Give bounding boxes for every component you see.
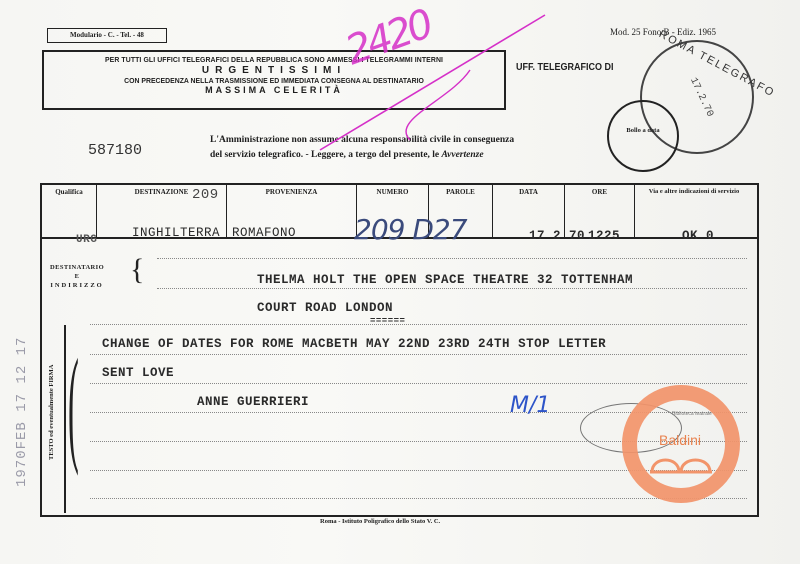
testo-label: TESTO ed eventualmente FIRMA — [48, 440, 55, 460]
dotted-line — [90, 383, 747, 384]
destinatario-label: DESTINATARIO E INDIRIZZO — [50, 263, 104, 290]
destinazione-value: INGHILTERRA — [132, 226, 220, 240]
handwritten-note: M/1 — [510, 393, 550, 418]
serial-number: 587180 — [88, 142, 142, 159]
baldini-subtitle: Biblioteca teatrale — [672, 411, 712, 417]
baldini-b-icon — [650, 452, 712, 474]
dotted-line — [90, 354, 747, 355]
dotted-line — [90, 324, 747, 325]
brace-icon: { — [130, 255, 144, 285]
date-stamp-circle: Bollo a data — [607, 100, 679, 172]
address-line-1: THELMA HOLT THE OPEN SPACE THEATRE 32 TO… — [257, 273, 633, 287]
provenienza-value: ROMAFONO — [232, 226, 296, 240]
destinazione-code: 209 — [192, 187, 219, 203]
dotted-line — [157, 258, 747, 259]
via-value: OK 0 — [682, 229, 714, 243]
side-divider — [64, 325, 66, 513]
brace-icon: ( — [68, 330, 79, 480]
data-value: 17 2 70 — [529, 229, 585, 243]
signature: ANNE GUERRIERI — [197, 395, 309, 409]
dotted-line — [90, 498, 747, 499]
ore-value: 1225 — [588, 229, 620, 243]
baldini-logo-text: Baldini — [659, 432, 701, 448]
side-date-stamp: 1970FEB 17 12 17 — [14, 337, 30, 487]
telegram-form: Modulario - C. - Tel. - 48 Mod. 25 Fono … — [0, 0, 800, 564]
dotted-line — [157, 288, 747, 289]
modulario-label: Modulario - C. - Tel. - 48 — [47, 28, 167, 43]
qualifica-value: URG — [76, 234, 97, 246]
address-line-2: COURT ROAD LONDON — [257, 301, 393, 315]
printer-footer: Roma - Istituto Poligrafico dello Stato … — [320, 518, 440, 525]
header-qualifica: Qualifica — [42, 185, 97, 237]
message-line-1: CHANGE OF DATES FOR ROME MACBETH MAY 22N… — [102, 337, 606, 351]
numero-handwritten: 209 D27 — [354, 213, 467, 246]
message-line-2: SENT LOVE — [102, 366, 174, 380]
